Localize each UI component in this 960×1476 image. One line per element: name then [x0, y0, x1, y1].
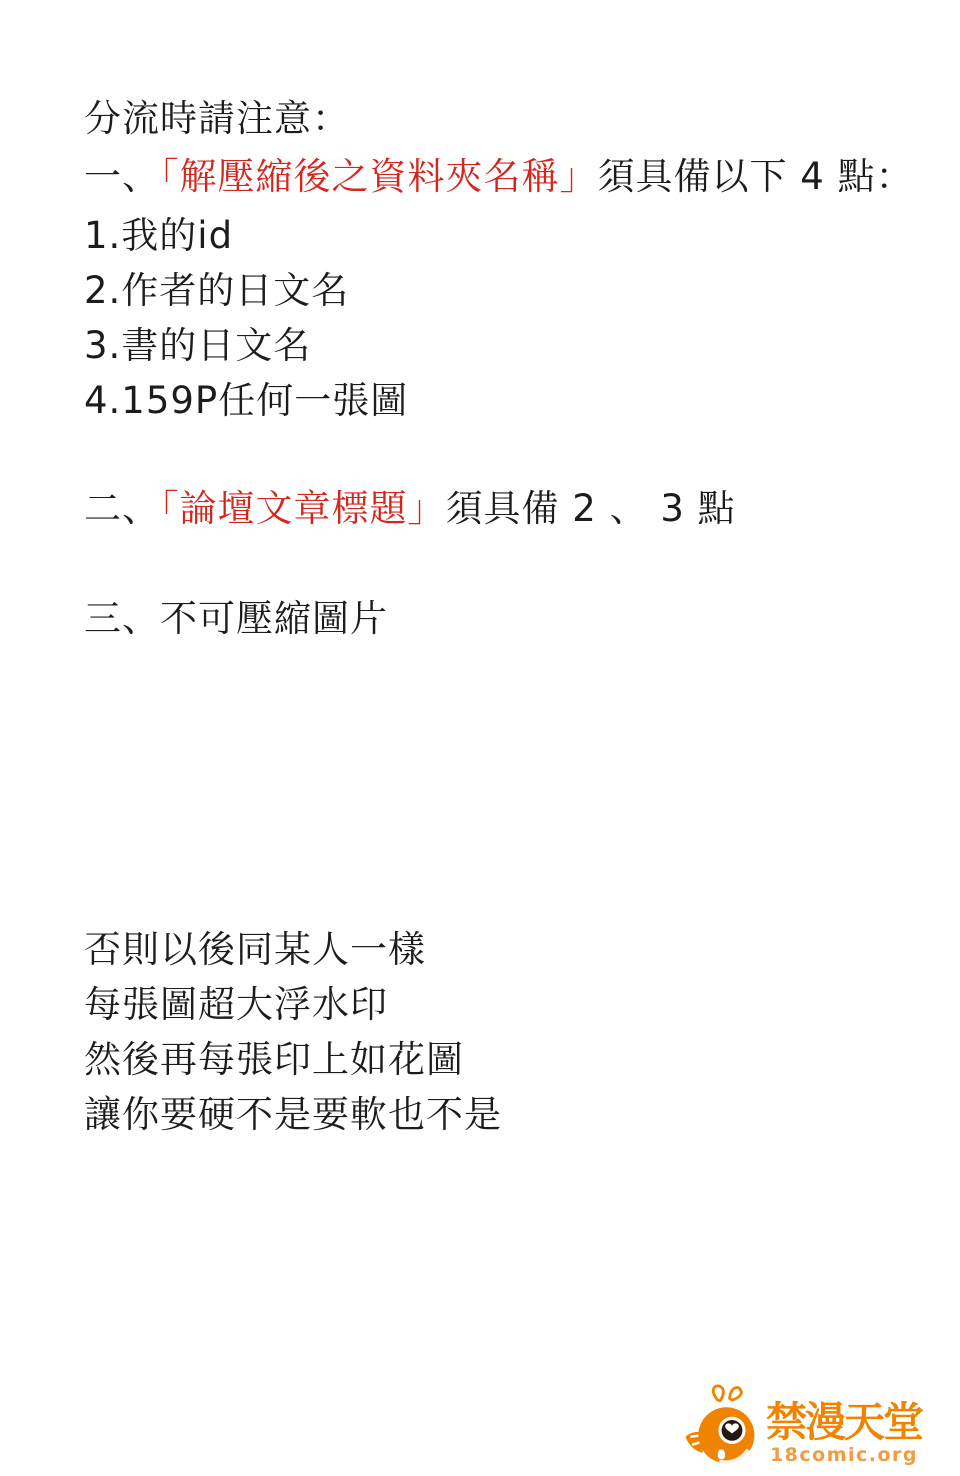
rule1-item-1: 1.我的id: [84, 214, 233, 258]
site-logo: 禁漫天堂 18comic.org: [684, 1384, 922, 1476]
rule1-item-3: 3.書的日文名: [84, 324, 311, 368]
notice-page: 分流時請注意： 一、「解壓縮後之資料夾名稱」須具備以下 4 點： 1.我的id …: [0, 0, 960, 1476]
warning-line-4: 讓你要硬不是要軟也不是: [84, 1093, 502, 1137]
rule2-suffix: 須具備 2 、 3 點: [446, 487, 736, 530]
rule1-item-2: 2.作者的日文名: [84, 269, 349, 313]
rule2-highlight: 「論壇文章標題」: [160, 487, 446, 530]
rule1-item-4: 4.159P任何一張圖: [84, 379, 408, 423]
rule2-prefix: 二、: [84, 487, 160, 530]
logo-text-block: 禁漫天堂 18comic.org: [766, 1402, 922, 1466]
rule1-highlight: 「解壓縮後之資料夾名稱」: [160, 155, 598, 198]
mascot-icon: [684, 1384, 764, 1476]
mascot-leaf-left: [713, 1386, 723, 1401]
warning-line-3: 然後再每張印上如花圖: [84, 1038, 464, 1082]
notice-intro: 分流時請注意：: [84, 97, 350, 141]
rule1-suffix: 須具備以下 4 點：: [598, 155, 914, 198]
warning-line-2: 每張圖超大浮水印: [84, 983, 388, 1027]
rule1-prefix: 一、: [84, 155, 160, 198]
rule1-line: 一、「解壓縮後之資料夾名稱」須具備以下 4 點：: [84, 155, 914, 199]
mascot-chin-drop: [718, 1450, 725, 1460]
rule3-line: 三、不可壓縮圖片: [84, 597, 388, 641]
rule2-line: 二、「論壇文章標題」須具備 2 、 3 點: [84, 487, 736, 531]
warning-line-1: 否則以後同某人一樣: [84, 928, 426, 972]
site-url: 18comic.org: [770, 1444, 918, 1466]
mascot-leaf-right: [730, 1387, 742, 1400]
site-name: 禁漫天堂: [766, 1402, 922, 1442]
